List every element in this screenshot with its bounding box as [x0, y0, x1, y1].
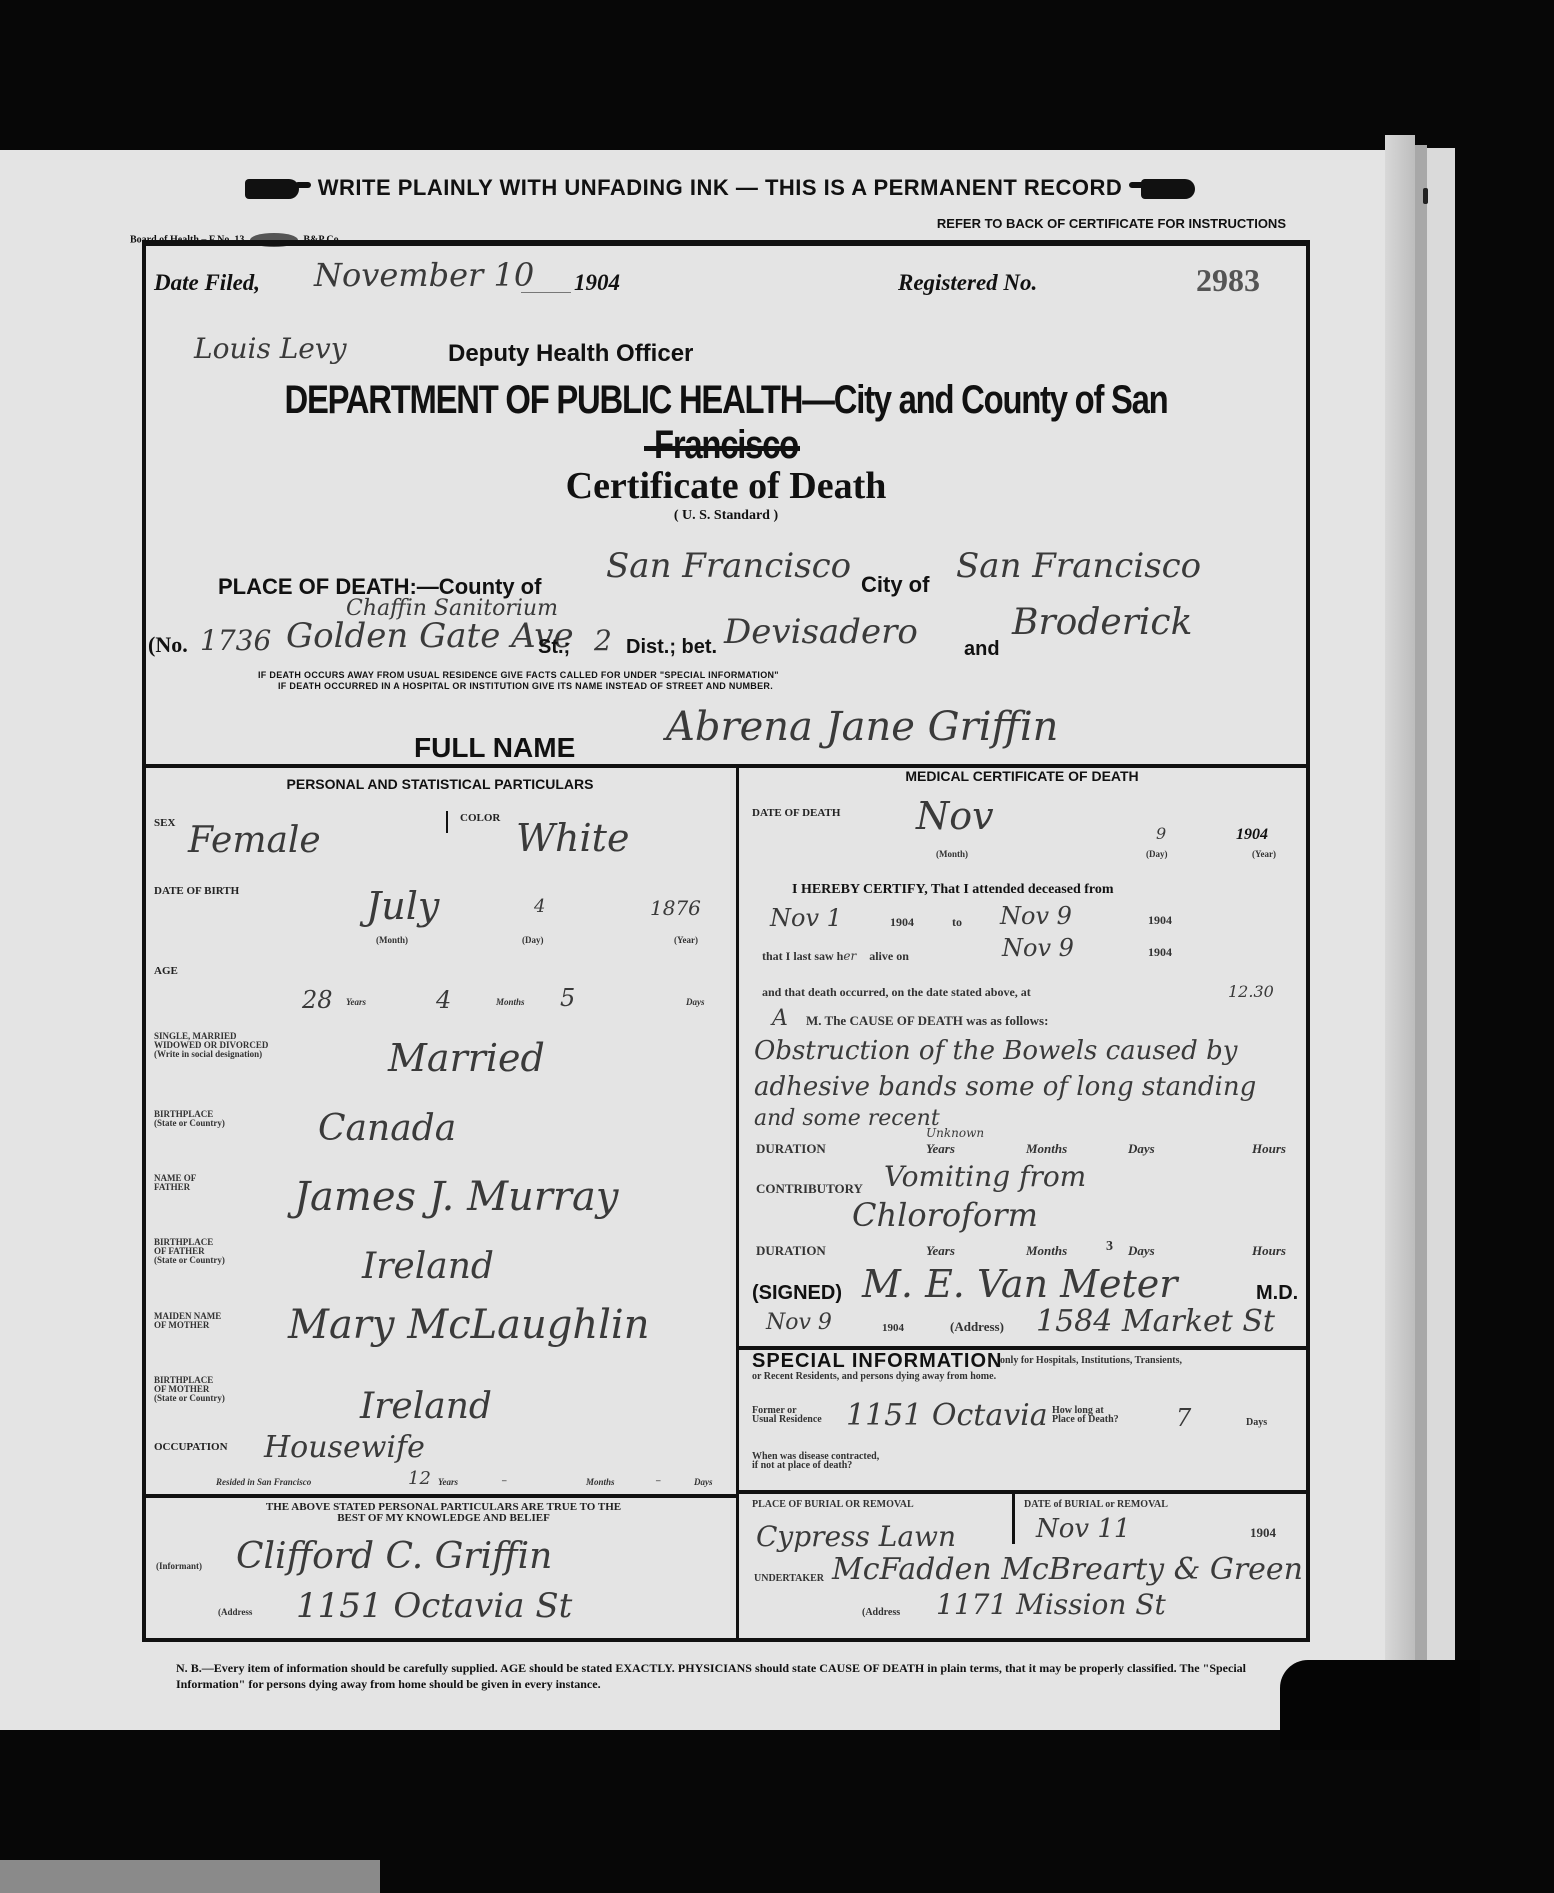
street-number-label: (No.: [148, 632, 188, 658]
father-label-2: FATHER: [154, 1183, 196, 1192]
time-marker: A: [772, 1006, 788, 1031]
dod-day-caption: (Day): [1146, 850, 1168, 859]
last-saw-text: that I last saw h: [762, 949, 843, 963]
physician-address: 1584 Market St: [1036, 1304, 1275, 1339]
undertaker-value: McFadden McBrearty & Green: [832, 1552, 1303, 1587]
district-label: Dist.; bet.: [626, 636, 717, 659]
date-filed-label: Date Filed,: [154, 270, 260, 296]
occupation-value: Housewife: [264, 1430, 425, 1465]
duration-1-months-caption: Months: [1026, 1144, 1067, 1153]
father-birthplace-label-3: (State or Country): [154, 1256, 225, 1265]
county-value: San Francisco: [606, 546, 851, 586]
duration-2-days-caption: Days: [1128, 1246, 1155, 1255]
how-long-value: 7: [1176, 1404, 1191, 1432]
color-value: White: [516, 816, 629, 860]
attended-to-year: 1904: [1148, 916, 1172, 925]
duration-2-months-caption: Months: [1026, 1246, 1067, 1255]
duration-2-label: DURATION: [756, 1246, 826, 1255]
sex-label: SEX: [154, 818, 175, 829]
duration-2-years-caption: Years: [926, 1246, 955, 1255]
occupation-label: OCCUPATION: [154, 1442, 228, 1453]
special-note-1: only for Hospitals, Institutions, Transi…: [1000, 1356, 1182, 1365]
resided-days-caption: Days: [694, 1478, 713, 1487]
duration-1-hours-caption: Hours: [1252, 1144, 1286, 1153]
occurred-label: and that death occurred, on the date sta…: [762, 988, 1031, 997]
md-label: M.D.: [1256, 1282, 1298, 1305]
sex-value: Female: [188, 820, 321, 861]
how-long-unit: Days: [1246, 1418, 1267, 1427]
date-filed-year: 1904: [574, 270, 620, 296]
father-birthplace-label: BIRTHPLACE OF FATHER (State or Country): [154, 1238, 225, 1265]
birthplace-label-2: (State or Country): [154, 1119, 225, 1128]
death-time: 12.30: [1228, 982, 1274, 1001]
how-long-label: How long at Place of Death?: [1052, 1406, 1119, 1424]
district-value: 2: [594, 624, 612, 657]
informant-label: (Informant): [156, 1562, 202, 1571]
officer-title: Deputy Health Officer: [448, 340, 693, 368]
informant-address-value: 1151 Octavia St: [296, 1586, 572, 1626]
officer-signature: Louis Levy: [194, 332, 347, 365]
certificate-form: Date Filed, November 10 1904 Registered …: [142, 240, 1310, 1642]
page-edge: [1385, 135, 1415, 1665]
father-value: James J. Murray: [294, 1174, 619, 1220]
age-days: 5: [560, 984, 575, 1012]
place-note-line1: IF DEATH OCCURS AWAY FROM USUAL RESIDENC…: [258, 670, 779, 681]
physician-address-label: (Address): [950, 1322, 1004, 1331]
duration-1-years: Unknown: [926, 1126, 984, 1140]
dob-day-caption: (Day): [522, 936, 544, 945]
special-note-2: or Recent Residents, and persons dying a…: [752, 1372, 996, 1381]
mother-birthplace-label-3: (State or Country): [154, 1394, 225, 1403]
pointing-hand-icon: [1141, 179, 1195, 199]
place-note: IF DEATH OCCURS AWAY FROM USUAL RESIDENC…: [258, 670, 779, 692]
resided-years-caption: Years: [438, 1478, 458, 1487]
burial-date-value: Nov 11: [1036, 1514, 1130, 1544]
resided-months: –: [502, 1476, 507, 1485]
contributory-line-1: Vomiting from: [884, 1160, 1086, 1193]
contributory-label: CONTRIBUTORY: [756, 1184, 863, 1193]
signed-year: 1904: [882, 1324, 904, 1333]
attended-to: Nov 9: [1000, 902, 1072, 930]
burial-year: 1904: [1250, 1528, 1276, 1537]
marital-value: Married: [388, 1036, 545, 1080]
mother-birthplace-label: BIRTHPLACE OF MOTHER (State or Country): [154, 1376, 225, 1403]
ink-banner: WRITE PLAINLY WITH UNFADING INK — THIS I…: [180, 175, 1260, 201]
alive-on-label: alive on: [869, 949, 909, 963]
duration-label: DURATION: [756, 1144, 826, 1153]
dob-month-caption: (Month): [376, 936, 408, 945]
footnote-text: Every item of information should be care…: [176, 1661, 1246, 1691]
refer-note: REFER TO BACK OF CERTIFICATE FOR INSTRUC…: [937, 216, 1286, 231]
informant-value: Clifford C. Griffin: [236, 1536, 552, 1577]
age-years: 28: [302, 986, 333, 1014]
burial-place-value: Cypress Lawn: [756, 1520, 956, 1553]
duration-1-years-caption: Years: [926, 1144, 955, 1153]
how-long-label-2: Place of Death?: [1052, 1415, 1119, 1424]
birthplace-label: BIRTHPLACE (State or Country): [154, 1110, 225, 1128]
registered-label: Registered No.: [898, 270, 1037, 296]
mother-birthplace-value: Ireland: [360, 1386, 492, 1427]
cross-street-2: Broderick: [1012, 602, 1192, 643]
dod-label: DATE OF DEATH: [752, 808, 840, 819]
to-label: to: [952, 918, 962, 927]
personal-heading: PERSONAL AND STATISTICAL PARTICULARS: [146, 776, 734, 792]
age-days-caption: Days: [686, 998, 705, 1007]
page-edge: [1427, 148, 1455, 1663]
street-label: St.;: [538, 636, 570, 659]
last-saw-date: Nov 9: [1002, 934, 1074, 962]
birthplace-value: Canada: [318, 1108, 456, 1149]
street-value: Golden Gate Ave: [286, 616, 574, 656]
attestation: THE ABOVE STATED PERSONAL PARTICULARS AR…: [156, 1502, 731, 1524]
pointing-hand-icon: [245, 179, 299, 199]
marital-label: SINGLE, MARRIED WIDOWED OR DIVORCED (Wri…: [154, 1032, 268, 1059]
former-residence-label: Former or Usual Residence: [752, 1406, 822, 1424]
resided-label: Resided in San Francisco: [216, 1478, 311, 1487]
binding-mark: [1423, 188, 1428, 204]
scan-edge: [0, 1860, 380, 1893]
resided-days: –: [656, 1476, 661, 1485]
dod-day: 9: [1156, 824, 1166, 843]
place-note-line2: IF DEATH OCCURRED IN A HOSPITAL OR INSTI…: [258, 681, 779, 692]
registered-number: 2983: [1196, 262, 1260, 299]
full-name-label: FULL NAME: [414, 732, 575, 764]
duration-2-days: 3: [1106, 1242, 1113, 1251]
last-saw-year: 1904: [1148, 948, 1172, 957]
us-standard: ( U. S. Standard ): [146, 508, 1306, 524]
age-years-caption: Years: [346, 998, 366, 1007]
contributory-line-2: Chloroform: [852, 1196, 1038, 1234]
contracted-label: When was disease contracted, if not at p…: [752, 1452, 879, 1470]
footnote: N. B.—Every item of information should b…: [176, 1660, 1246, 1692]
medical-heading: MEDICAL CERTIFICATE OF DEATH: [742, 768, 1302, 784]
dod-month: Nov: [916, 794, 994, 838]
attestation-line2: BEST OF MY KNOWLEDGE AND BELIEF: [156, 1513, 731, 1524]
resided-years: 12: [408, 1468, 431, 1489]
footnote-prefix: N. B.—: [176, 1661, 214, 1675]
dob-year-caption: (Year): [674, 936, 698, 945]
attended-from-year: 1904: [890, 918, 914, 927]
city-label: City of: [861, 572, 929, 598]
contracted-label-2: if not at place of death?: [752, 1461, 879, 1470]
age-months-caption: Months: [496, 998, 525, 1007]
burial-date-label: DATE of BURIAL or REMOVAL: [1024, 1500, 1168, 1509]
dob-label: DATE OF BIRTH: [154, 886, 239, 897]
scanner-thumb-shadow: [1280, 1660, 1480, 1750]
undertaker-address-label: (Address: [862, 1608, 900, 1617]
certificate-title: Certificate of Death: [146, 464, 1306, 508]
age-months: 4: [436, 986, 451, 1014]
undertaker-address-value: 1171 Mission St: [936, 1588, 1166, 1621]
undertaker-label: UNDERTAKER: [754, 1574, 824, 1583]
special-heading: SPECIAL INFORMATION: [752, 1350, 1002, 1373]
burial-place-label: PLACE OF BURIAL OR REMOVAL: [752, 1500, 914, 1509]
signed-label: (SIGNED): [752, 1282, 842, 1305]
certify-text: I HEREBY CERTIFY, That I attended deceas…: [792, 882, 1114, 898]
cause-line-1: Obstruction of the Bowels caused by: [754, 1036, 1237, 1066]
dob-day: 4: [534, 896, 545, 917]
marital-label-3: (Write in social designation): [154, 1050, 268, 1059]
cross-street-1: Devisadero: [724, 612, 918, 652]
age-label: AGE: [154, 966, 178, 977]
physician-signature: M. E. Van Meter: [862, 1262, 1177, 1306]
dob-month: July: [366, 884, 439, 928]
full-name-value: Abrena Jane Griffin: [666, 704, 1058, 750]
page-edge: [1415, 145, 1427, 1665]
signed-date: Nov 9: [766, 1310, 832, 1335]
dob-year: 1876: [650, 896, 701, 920]
duration-2-hours-caption: Hours: [1252, 1246, 1286, 1255]
resided-months-caption: Months: [586, 1478, 615, 1487]
dod-year: 1904: [1236, 826, 1268, 844]
father-birthplace-value: Ireland: [362, 1246, 494, 1287]
duration-1-days-caption: Days: [1128, 1144, 1155, 1153]
street-number-value: 1736: [200, 624, 271, 657]
father-label: NAME OF FATHER: [154, 1174, 196, 1192]
former-residence-value: 1151 Octavia: [846, 1398, 1048, 1433]
informant-address-label: (Address: [218, 1608, 252, 1617]
banner-text: WRITE PLAINLY WITH UNFADING INK — THIS I…: [318, 175, 1123, 200]
last-saw-pronoun: er: [843, 949, 856, 963]
color-label: COLOR: [460, 813, 500, 824]
cause-label: M. The CAUSE OF DEATH was as follows:: [806, 1016, 1048, 1025]
former-residence-label-2: Usual Residence: [752, 1415, 822, 1424]
date-filed-value: November 10: [314, 256, 534, 294]
dod-month-caption: (Month): [936, 850, 968, 859]
mother-label: MAIDEN NAME OF MOTHER: [154, 1312, 221, 1330]
attended-from: Nov 1: [770, 904, 842, 932]
and-label: and: [964, 638, 1000, 661]
cause-line-2: adhesive bands some of long standing: [754, 1072, 1256, 1102]
mother-label-2: OF MOTHER: [154, 1321, 221, 1330]
mother-value: Mary McLaughlin: [288, 1302, 649, 1348]
dod-year-caption: (Year): [1252, 850, 1276, 859]
last-saw-label: that I last saw her alive on: [762, 952, 909, 961]
department-title: DEPARTMENT OF PUBLIC HEALTH—City and Cou…: [250, 378, 1201, 468]
city-value: San Francisco: [956, 546, 1201, 586]
cause-line-3: and some recent: [754, 1106, 940, 1131]
